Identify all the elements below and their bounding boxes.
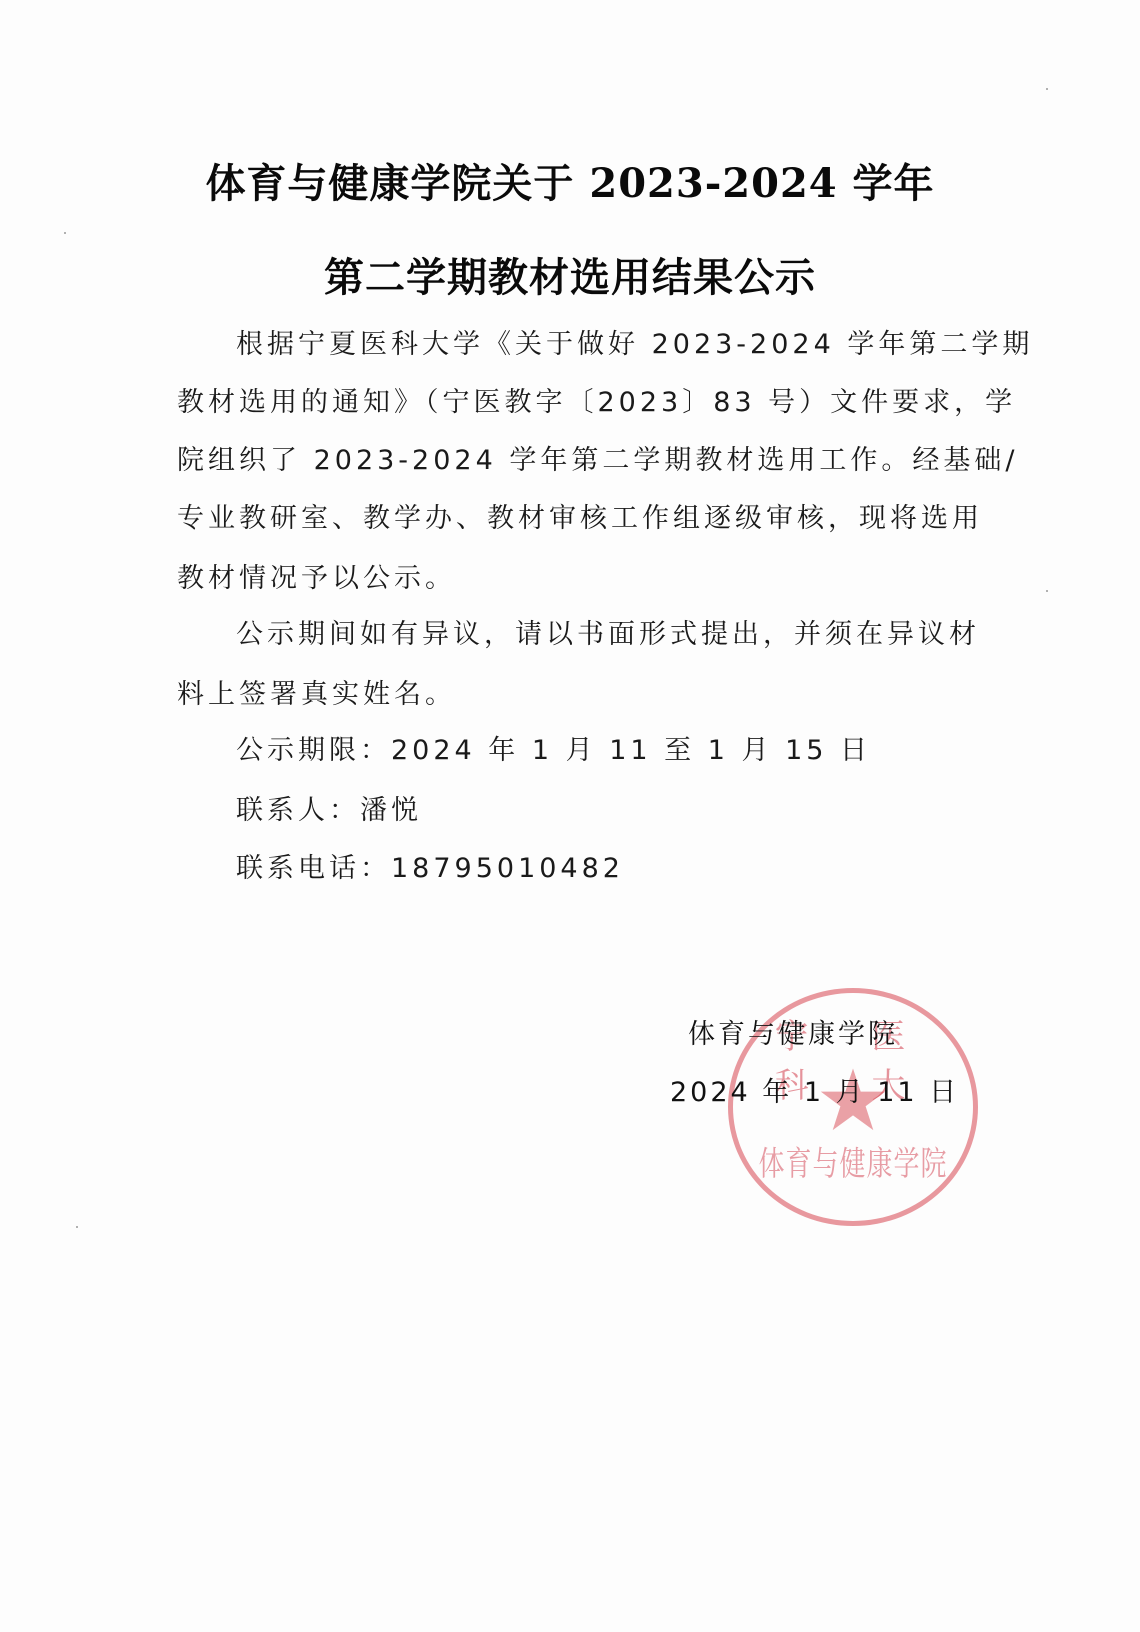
body-line-6: 公示期间如有异议，请以书面形式提出，并须在异议材: [236, 612, 980, 651]
seal-bottom-text: 体育与健康学院: [733, 1137, 973, 1185]
signature-org: 体育与健康学院: [688, 1012, 898, 1051]
contact-phone: 联系电话：18795010482: [236, 846, 624, 885]
body-line-7: 料上签署真实姓名。: [177, 672, 456, 711]
contact-person: 联系人：潘悦: [236, 788, 422, 827]
body-line-1: 根据宁夏医科大学《关于做好 2023-2024 学年第二学期: [236, 322, 1033, 361]
body-line-3: 院组织了 2023-2024 学年第二学期教材选用工作。经基础/: [177, 438, 1018, 477]
body-line-4: 专业教研室、教学办、教材审核工作组逐级审核，现将选用: [177, 496, 983, 535]
scan-speck: [64, 232, 66, 234]
scan-speck: [76, 1226, 78, 1228]
body-line-5: 教材情况予以公示。: [177, 556, 456, 595]
notice-period: 公示期限：2024 年 1 月 11 至 1 月 15 日: [236, 728, 871, 767]
scan-speck: [1046, 590, 1048, 592]
document-title-line-2: 第二学期教材选用结果公示: [0, 246, 1140, 303]
signature-date: 2024 年 1 月 11 日: [670, 1070, 959, 1109]
document-page: 体育与健康学院关于 2023-2024 学年 第二学期教材选用结果公示 根据宁夏…: [0, 0, 1140, 1632]
body-line-2: 教材选用的通知》（宁医教字〔2023〕83 号）文件要求，学: [177, 380, 1016, 419]
scan-speck: [1046, 88, 1048, 90]
document-title-line-1: 体育与健康学院关于 2023-2024 学年: [0, 152, 1140, 209]
